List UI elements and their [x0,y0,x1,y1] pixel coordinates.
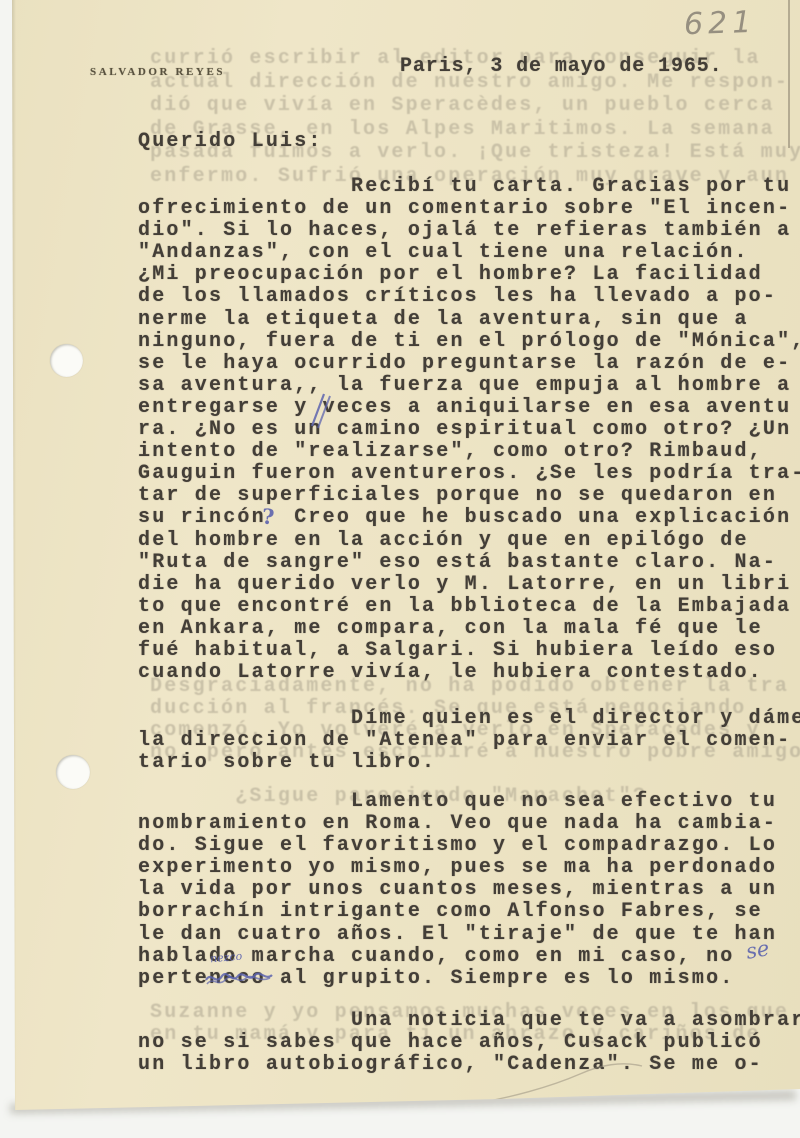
punch-hole-bottom [56,755,90,789]
scanned-letter-page: currió escribir al editor para conseguir… [0,0,800,1138]
pencil-swoosh-mark [350,1058,650,1120]
paper-left-edge [12,0,16,1110]
letter-paper: currió escribir al editor para conseguir… [0,0,800,1138]
archive-number-pencil: 621 [683,5,756,43]
pen-se-mark: se [744,936,771,964]
salutation: Querido Luis: [138,131,323,153]
date-line: Paris, 3 de mayo de 1965. [400,56,723,78]
paragraph-1: Recibí tu carta. Gracias por tu ofrecimi… [138,176,800,684]
paragraph-2: Díme quien es el director y dáme la dire… [138,708,800,774]
pen-question-mark: ? [261,504,275,530]
pen-correction-text: nezco [209,950,242,966]
paper-fold-edge-line [788,0,790,148]
punch-hole-top [50,344,83,377]
pen-scribble-strikeout [204,966,274,990]
pen-insertion-slash [304,390,334,430]
letterhead-name: SALVADOR REYES [90,66,225,78]
